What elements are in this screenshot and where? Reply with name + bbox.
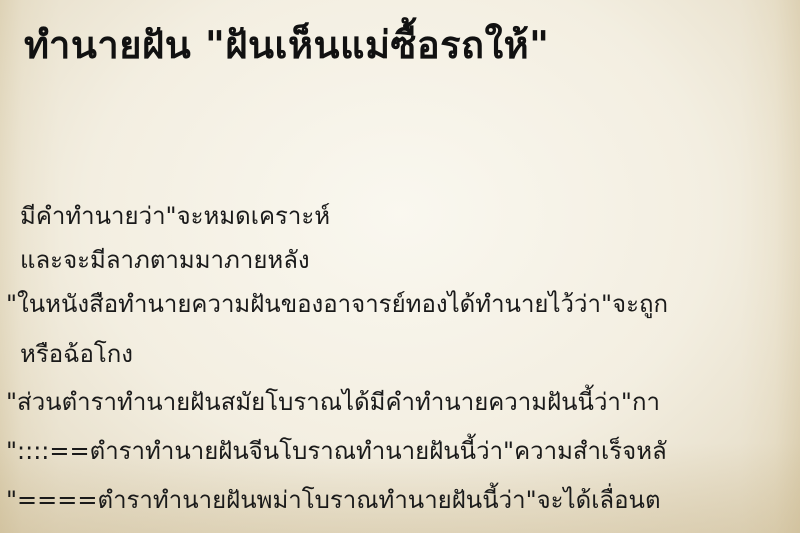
text-line-1: มีคำทำนายว่า"จะหมดเคราะห์: [20, 196, 330, 235]
text-line-5: "ส่วนตำราทำนายฝันสมัยโบราณได้มีคำทำนายคว…: [6, 382, 660, 421]
text-line-3: "ในหนังสือทำนายความฝันของอาจารย์ทองได้ทำ…: [6, 284, 668, 323]
text-line-2: และจะมีลาภตามมาภายหลัง: [20, 240, 310, 279]
text-line-4: หรือฉ้อโกง: [20, 334, 133, 373]
text-line-6: "::::==ตำราทำนายฝันจีนโบราณทำนายฝันนี้ว่…: [6, 431, 667, 470]
page-title: ทำนายฝัน "ฝันเห็นแม่ซื้อรถให้": [24, 14, 549, 75]
text-line-7: "====ตำราทำนายฝันพม่าโบราณทำนายฝันนี้ว่า…: [6, 480, 661, 519]
